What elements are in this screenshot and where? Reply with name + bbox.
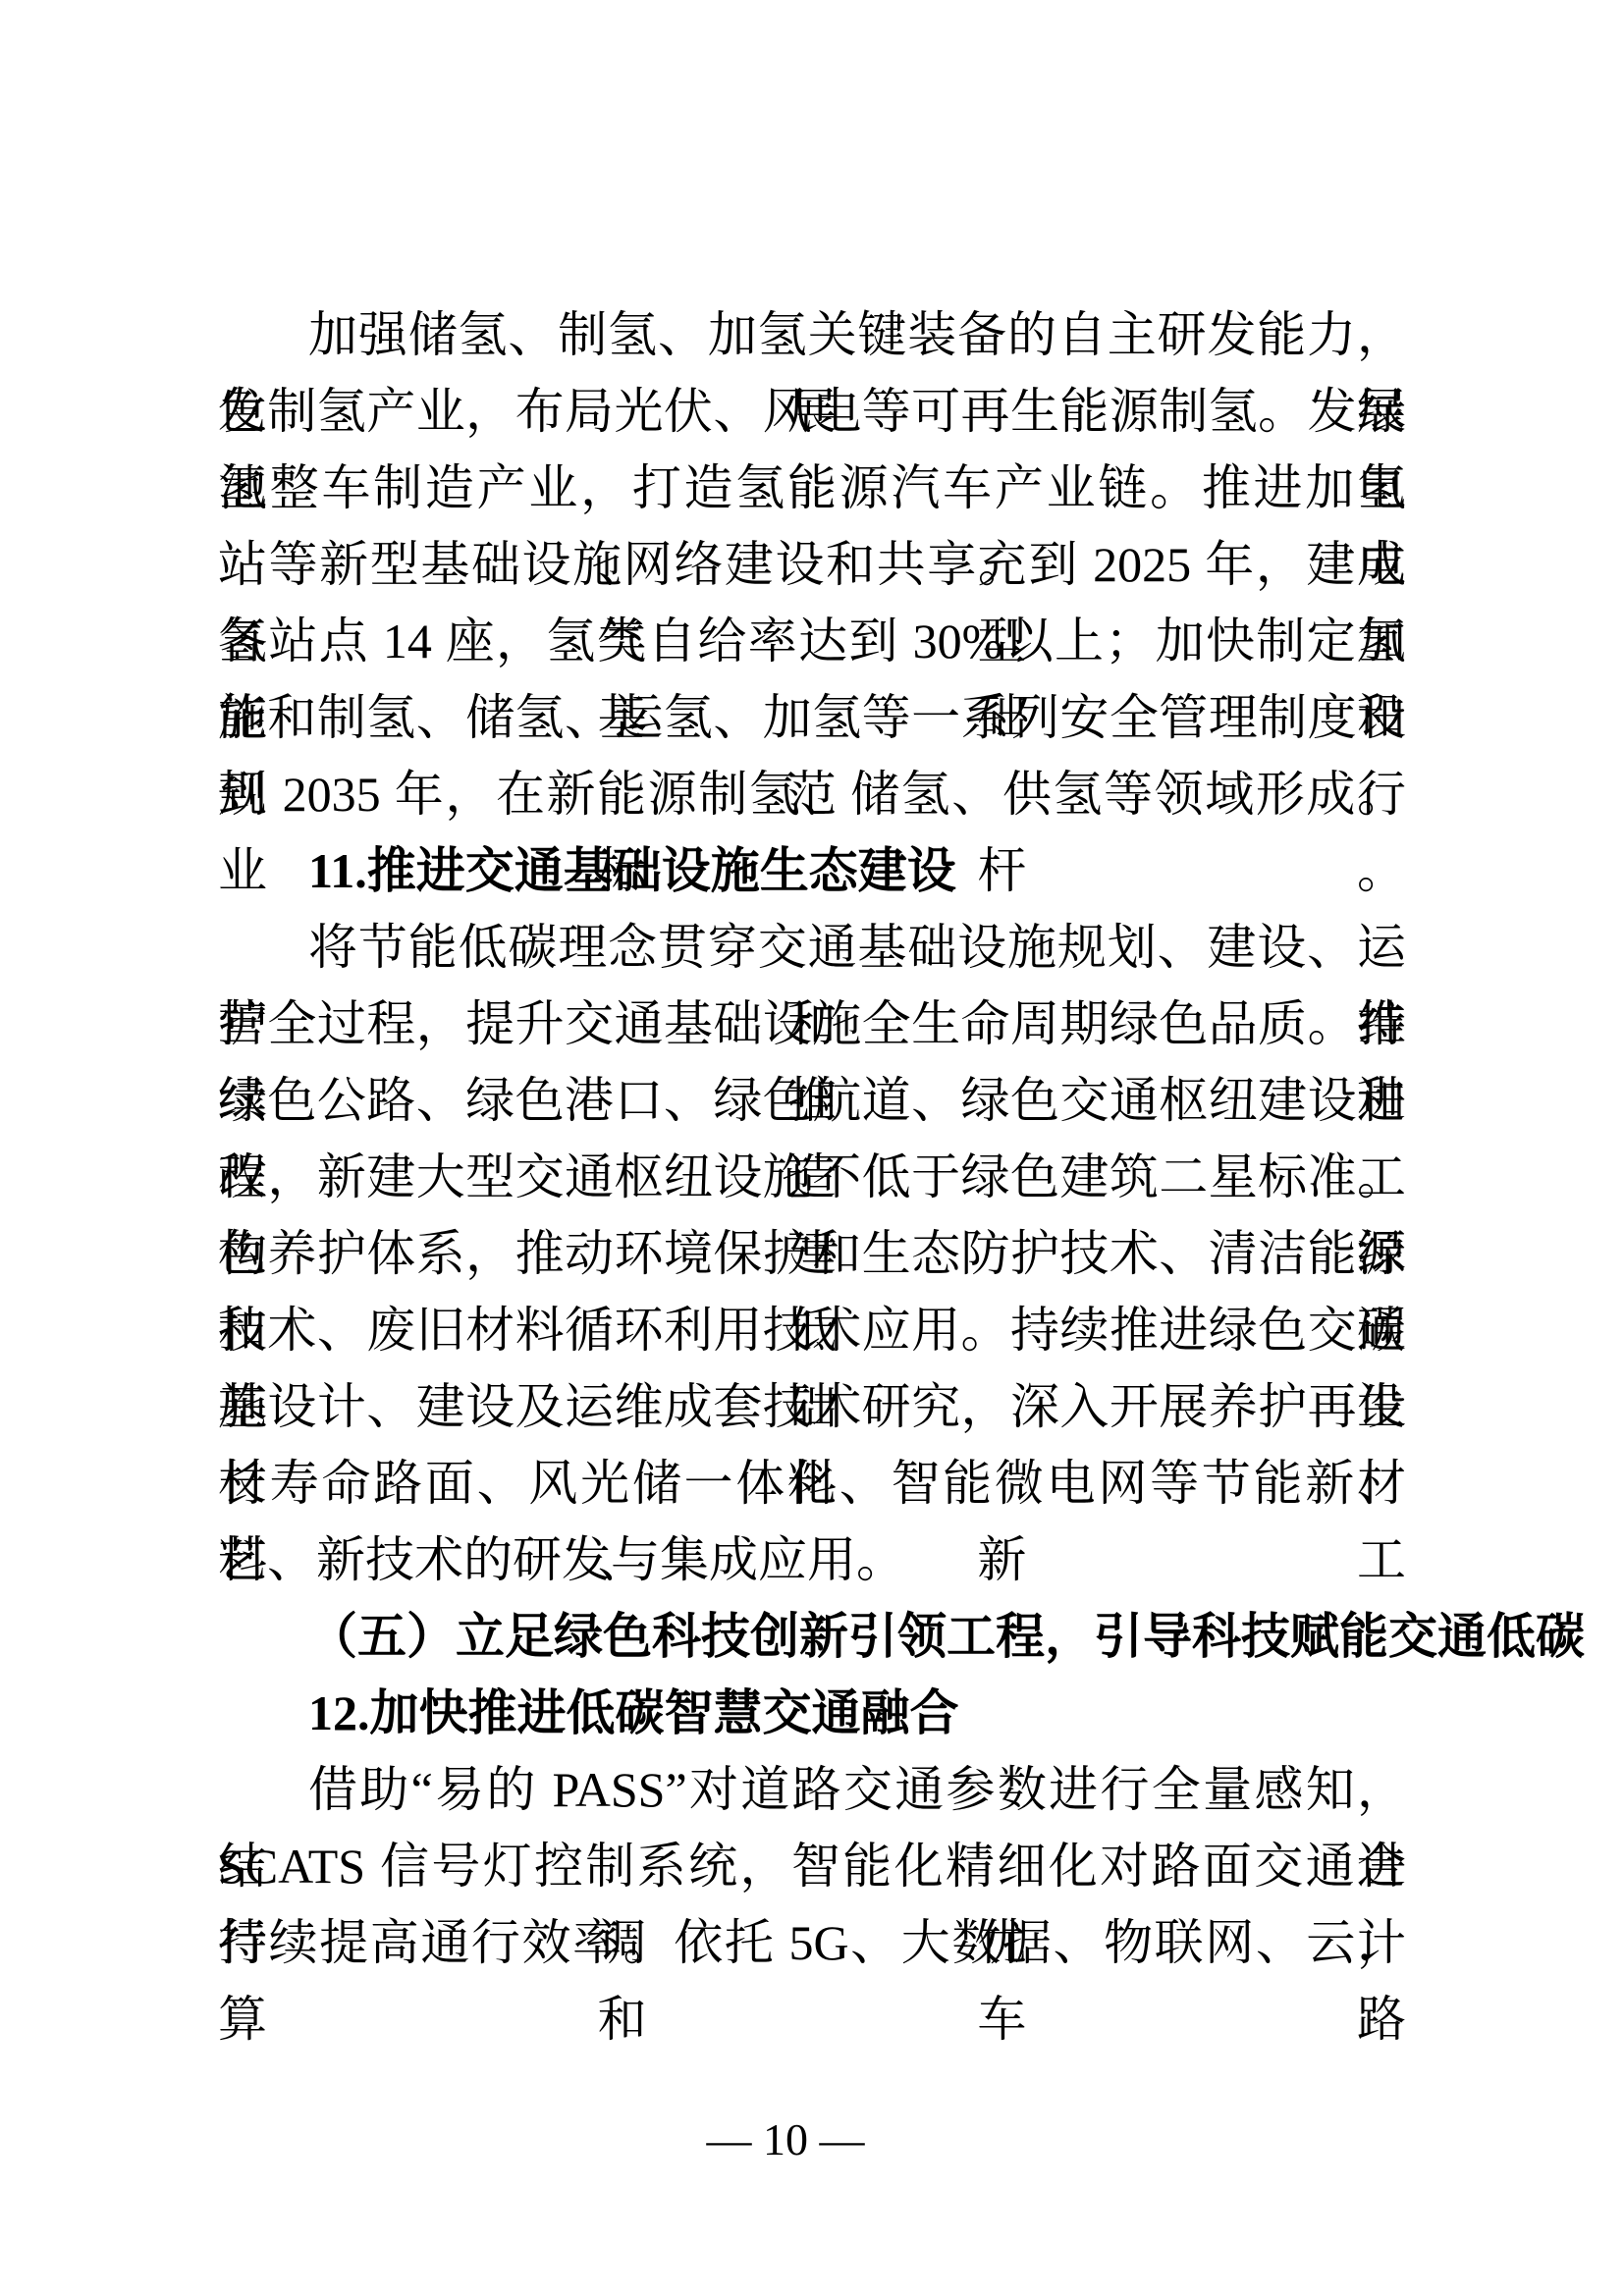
paragraph-line: SCATS 信号灯控制系统，智能化精细化对路面交通进行调优， xyxy=(218,1828,1406,1904)
document-page: 加强储氢、制氢、加氢关键装备的自主研发能力，发展绿 色制氢产业，布局光伏、风电等… xyxy=(0,0,1624,2296)
heading-section-5: （五）立足绿色科技创新引领工程，引导科技赋能交通低碳 xyxy=(218,1598,1406,1675)
paragraph-line: 氢站点 14 座，氢气自给率达到 30%以上；加快制定氢能基础设 xyxy=(218,603,1406,679)
paragraph-line: 护全过程，提升交通基础设施全生命周期绿色品质。持续推进 xyxy=(218,986,1406,1062)
paragraph-line: 站等新型基础设施网络建设和共享。到 2025 年，建成各类型加 xyxy=(218,526,1406,603)
paragraph-line: 池整车制造产业，打造氢能源汽车产业链。推进加氢站、充电 xyxy=(218,450,1406,526)
paragraph-line: 将节能低碳理念贯穿交通基础设施规划、建设、运营和维 xyxy=(218,909,1406,986)
document-body: 加强储氢、制氢、加氢关键装备的自主研发能力，发展绿 色制氢产业，布局光伏、风电等… xyxy=(218,296,1406,1981)
paragraph-line: 持续提高通行效率。依托 5G、大数据、物联网、云计算和车路 xyxy=(218,1904,1406,1981)
page-number: — 10 — xyxy=(0,2110,1571,2169)
paragraph-line: 借助“易的 PASS”对道路交通参数进行全量感知，结合 xyxy=(218,1751,1406,1828)
paragraph-line: 施和制氢、储氢、运氢、加氢等一系列安全管理制度和规范。 xyxy=(218,679,1406,756)
paragraph-line: 施设计、建设及运维成套技术研究，深入开展养护再生材料、 xyxy=(218,1368,1406,1445)
paragraph-line: 加强储氢、制氢、加氢关键装备的自主研发能力，发展绿 xyxy=(218,296,1406,373)
paragraph-line: 程，新建大型交通枢纽设施不低于绿色建筑二星标准。构建绿 xyxy=(218,1139,1406,1215)
paragraph-line: 到 2035 年，在新能源制氢、储氢、供氢等领域形成行业标杆。 xyxy=(218,756,1406,832)
paragraph-line: 色制氢产业，布局光伏、风电等可再生能源制氢。发展氢能电 xyxy=(218,373,1406,450)
paragraph-line: 色养护体系，推动环境保护和生态防护技术、清洁能源和低碳 xyxy=(218,1215,1406,1292)
paragraph-line: 技术、废旧材料循环利用技术应用。持续推进绿色交通基础设 xyxy=(218,1292,1406,1368)
heading-item-12: 12.加快推进低碳智慧交通融合 xyxy=(218,1675,1406,1751)
paragraph-line: 长寿命路面、风光储一体化、智能微电网等节能新材料、新工 xyxy=(218,1445,1406,1522)
paragraph-line: 绿色公路、绿色港口、绿色航道、绿色交通枢纽建设和改造工 xyxy=(218,1062,1406,1139)
